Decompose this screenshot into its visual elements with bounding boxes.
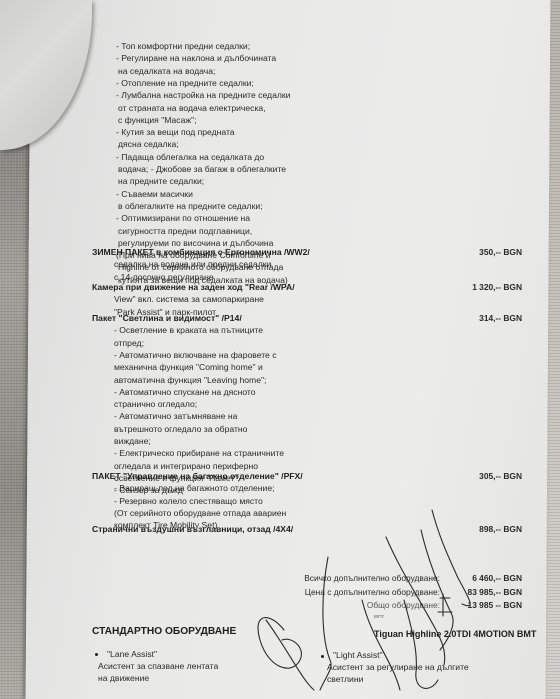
package-detail-line: - Автоматично спускане на дясното — [114, 386, 256, 398]
option-line: от страната на водача електрическа, — [118, 102, 266, 114]
option-line: - Кутия за вещи под предната — [116, 126, 235, 138]
option-line: водача; - Джобове за багаж в облегалките — [118, 163, 286, 175]
summary-value-total-extras: 6 460,-- BGN — [472, 572, 522, 584]
standard-item-description: на движение — [98, 672, 149, 684]
bullet-icon — [95, 653, 98, 656]
standard-item-description: светлини — [327, 673, 363, 685]
package-price: 1 320,-- BGN — [472, 281, 522, 293]
package-detail-line: седалка на водача или предни седалки — [114, 258, 271, 270]
package-detail-line: - Вариращ под на багажното отделение; — [114, 482, 275, 494]
package-title: Пакет "Светлина и видимост" /P14/ — [92, 312, 242, 324]
package-price: 350,-- BGN — [479, 246, 522, 258]
package-title: ЗИМЕН ПАКЕТ в комбинация с Ергономична /… — [92, 246, 310, 258]
package-detail-line: странично огледало; — [114, 398, 197, 410]
summary-value-total-equipment: 13 985 -- BGN — [468, 599, 522, 611]
summary-value-price-with-extras: 83 985,-- BGN — [468, 586, 522, 598]
package-title: Странични въздушни възглавници, отзад /4… — [92, 523, 293, 535]
package-detail-line: автоматична функция "Leaving home"; — [114, 374, 266, 386]
package-detail-line: вътрешното огледало за обратно — [114, 423, 247, 435]
standard-item-description: Асистент за спазване лентата — [98, 660, 218, 672]
package-price: 305,-- BGN — [479, 470, 522, 482]
option-line: - Регулиране на наклона и дълбочината — [116, 52, 276, 64]
package-price: 898,-- BGN — [479, 523, 522, 535]
document-content: - Топ комфортни предни седалки;- Регулир… — [0, 0, 560, 699]
package-price: 314,-- BGN — [479, 312, 522, 324]
option-line: - Съвaеми масички — [116, 188, 193, 200]
bullet-icon — [321, 655, 324, 658]
package-detail-line: - Резервно колело спестяващо място — [114, 495, 263, 507]
package-detail-line: механична функция "Coming home" и — [114, 361, 263, 373]
package-detail-line: - Осветление в краката на пътниците — [114, 324, 263, 336]
package-detail-line: - Автоматично включване на фаровете с — [114, 349, 277, 361]
package-title: ПАКЕТ "Управление на багажно отделение" … — [92, 470, 303, 482]
option-line: - Падаща облегалка на седалката до — [116, 151, 264, 163]
summary-label-total-extras: Всичко допълнително оборудване: — [270, 572, 440, 584]
model-title: Tiguan Highline 2.0TDI 4MOTION BMT — [374, 628, 536, 640]
package-detail-line: - Електрическо прибиране на страничните — [114, 447, 284, 459]
option-line: на седалката на водача; — [118, 65, 215, 77]
standard-item-name: "Lane Assist" — [107, 648, 157, 660]
standard-item-description: Асистент за регулиране на дългите — [327, 661, 469, 673]
package-detail-line: - Автоматично затъмняване на — [114, 410, 237, 422]
option-line: дясна седалка; — [118, 138, 179, 150]
option-line: - Лумбална настройка на предните седалки — [116, 89, 290, 101]
standard-equipment-title: СТАНДАРТНО ОБОРУДВАНЕ — [92, 626, 236, 638]
summary-label-total-equipment: Общо оборудване: — [270, 599, 440, 611]
option-line: - Топ комфортни предни седалки; — [116, 40, 250, 52]
summary-note: мгтг — [374, 611, 384, 623]
option-line: в облегалките на предните седалки; — [118, 200, 263, 212]
package-detail-line: View" вкл. система за самопаркиране — [114, 293, 264, 305]
package-detail-line: отпред; — [114, 337, 144, 349]
summary-label-price-with-extras: Цена с допълнително оборудване: — [270, 586, 440, 598]
package-title: Камера при движение на заден ход "Rear /… — [92, 281, 295, 293]
package-detail-line: (От серийното оборудване отпада авариен — [114, 507, 286, 519]
option-line: - Отопление на предните седалки; — [116, 77, 254, 89]
option-line: сигурността предни подглавници, — [118, 225, 252, 237]
option-line: - Оптимизирани по отношение на — [116, 212, 250, 224]
option-line: на предните седалки; — [118, 175, 204, 187]
option-line: с функция "Масаж"; — [118, 114, 197, 126]
standard-item-name: "Light Assist" — [333, 649, 383, 661]
package-detail-line: виждане; — [114, 435, 151, 447]
